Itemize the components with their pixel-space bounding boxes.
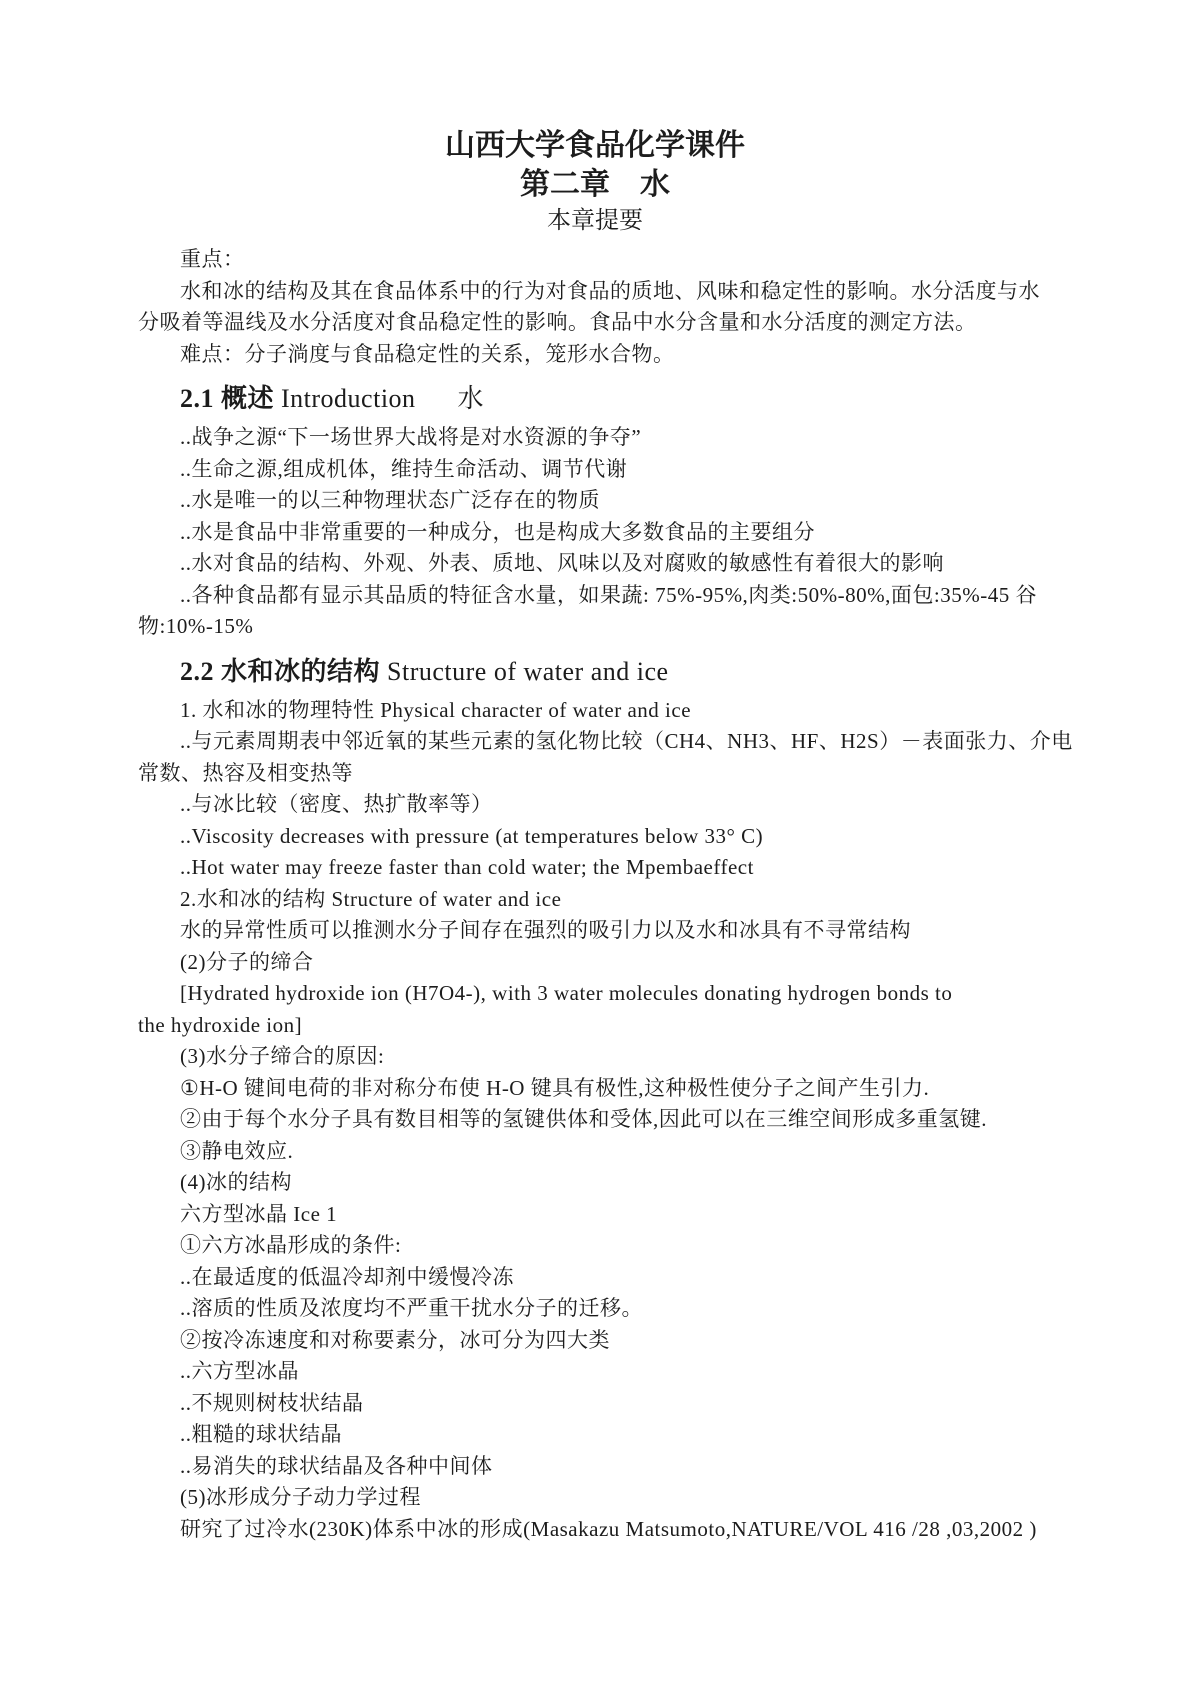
text-line: ..在最适度的低温冷却剂中缓慢冷冻	[138, 1262, 1052, 1294]
text-line: ..Hot water may freeze faster than cold …	[138, 852, 1052, 884]
text-line: ..溶质的性质及浓度均不严重干扰水分子的迁移。	[138, 1293, 1052, 1325]
text-line: the hydroxide ion]	[138, 1010, 1052, 1042]
text-line: ③静电效应.	[138, 1136, 1052, 1168]
text-line: (4)冰的结构	[138, 1167, 1052, 1199]
heading-en-label: Introduction 水	[274, 384, 484, 413]
text-line: (5)冰形成分子动力学过程	[138, 1482, 1052, 1514]
heading-en-label: Structure of water and ice	[380, 657, 669, 686]
text-line: ②由于每个水分子具有数目相等的氢键供体和受体,因此可以在三维空间形成多重氢键.	[138, 1104, 1052, 1136]
text-line: 常数、热容及相变热等	[138, 758, 1052, 790]
text-line: 分吸着等温线及水分活度对食品稳定性的影响。食品中水分含量和水分活度的测定方法。	[138, 307, 1052, 339]
section-heading: 2.1 概述 Introduction 水	[138, 380, 1052, 418]
text-line: ..水对食品的结构、外观、外表、质地、风味以及对腐败的敏感性有着很大的影响	[138, 548, 1052, 580]
text-line: ..各种食品都有显示其品质的特征含水量，如果蔬: 75%-95%,肉类:50%-…	[138, 580, 1052, 612]
text-line: ..战争之源“下一场世界大战将是对水资源的争夺”	[138, 422, 1052, 454]
heading-cn-label: 2.1 概述	[180, 384, 274, 413]
chapter-title: 第二章 水	[138, 166, 1052, 204]
text-line: 1. 水和冰的物理特性 Physical character of water …	[138, 695, 1052, 727]
section-heading: 2.2 水和冰的结构 Structure of water and ice	[138, 653, 1052, 691]
text-line: 物:10%-15%	[138, 611, 1052, 643]
document-body: 重点：水和冰的结构及其在食品体系中的行为对食品的质地、风味和稳定性的影响。水分活…	[138, 244, 1052, 1545]
text-line: ②按冷冻速度和对称要素分，冰可分为四大类	[138, 1325, 1052, 1357]
text-line: ①六方冰晶形成的条件:	[138, 1230, 1052, 1262]
text-line: ..粗糙的球状结晶	[138, 1419, 1052, 1451]
document-page: 山西大学食品化学课件 第二章 水 本章提要 重点：水和冰的结构及其在食品体系中的…	[0, 0, 1190, 1683]
text-line: ..与冰比较（密度、热扩散率等）	[138, 789, 1052, 821]
text-line: ..六方型冰晶	[138, 1356, 1052, 1388]
text-line: ..生命之源,组成机体，维持生命活动、调节代谢	[138, 454, 1052, 486]
text-line: 2.水和冰的结构 Structure of water and ice	[138, 884, 1052, 916]
text-line: 六方型冰晶 Ice 1	[138, 1199, 1052, 1231]
summary-heading: 本章提要	[138, 204, 1052, 238]
text-line: ..水是唯一的以三种物理状态广泛存在的物质	[138, 485, 1052, 517]
text-line: ..水是食品中非常重要的一种成分，也是构成大多数食品的主要组分	[138, 517, 1052, 549]
text-line: ..易消失的球状结晶及各种中间体	[138, 1451, 1052, 1483]
doc-title: 山西大学食品化学课件	[138, 126, 1052, 166]
text-line: [Hydrated hydroxide ion (H7O4-), with 3 …	[138, 978, 1052, 1010]
text-line: ..Viscosity decreases with pressure (at …	[138, 821, 1052, 853]
text-line: (2)分子的缔合	[138, 947, 1052, 979]
text-line: ①H-O 键间电荷的非对称分布使 H-O 键具有极性,这种极性使分子之间产生引力…	[138, 1073, 1052, 1105]
heading-cn-label: 2.2 水和冰的结构	[180, 657, 380, 686]
text-line: 水的异常性质可以推测水分子间存在强烈的吸引力以及水和冰具有不寻常结构	[138, 915, 1052, 947]
text-line: 重点：	[138, 244, 1052, 276]
text-line: 水和冰的结构及其在食品体系中的行为对食品的质地、风味和稳定性的影响。水分活度与水	[138, 276, 1052, 308]
text-line: 研究了过冷水(230K)体系中冰的形成(Masakazu Matsumoto,N…	[138, 1514, 1052, 1546]
text-line: ..与元素周期表中邻近氧的某些元素的氢化物比较（CH4、NH3、HF、H2S）－…	[138, 726, 1052, 758]
text-line: 难点：分子淌度与食品稳定性的关系，笼形水合物。	[138, 339, 1052, 371]
text-line: ..不规则树枝状结晶	[138, 1388, 1052, 1420]
text-line: (3)水分子缔合的原因:	[138, 1041, 1052, 1073]
